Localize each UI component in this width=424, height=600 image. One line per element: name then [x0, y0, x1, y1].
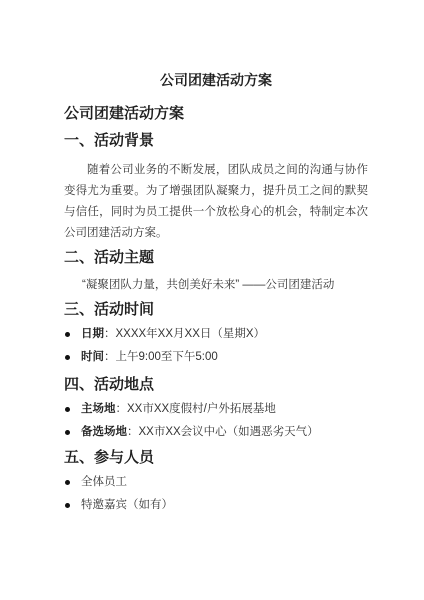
section-background-heading: 一、活动背景: [64, 132, 368, 150]
section-theme: 二、活动主题 “凝聚团队力量，共创美好未来” ——公司团建活动: [64, 249, 368, 293]
item-text: ：XX市XX度假村/户外拓展基地: [116, 403, 276, 415]
item-text: 全体员工: [81, 474, 127, 490]
section-time: 三、活动时间 日期：XXXX年XX月XX日（星期X） 时间：上午9:00至下午5…: [64, 301, 368, 365]
document-page: 公司团建活动方案 公司团建活动方案 一、活动背景 随着公司业务的不断发展，团队成…: [0, 0, 424, 600]
list-item-date: 日期：XXXX年XX月XX日（星期X）: [64, 326, 368, 342]
participants-bullet-list: 全体员工 特邀嘉宾（如有）: [64, 474, 368, 513]
list-item-text: 主场地：XX市XX度假村/户外拓展基地: [81, 401, 276, 417]
section-background-paragraph: 随着公司业务的不断发展，团队成员之间的沟通与协作变得尤为重要。为了增强团队凝聚力…: [64, 160, 368, 244]
section-time-heading: 三、活动时间: [64, 301, 368, 319]
page-title: 公司团建活动方案: [64, 73, 368, 88]
section-location-heading: 四、活动地点: [64, 376, 368, 394]
section-participants-heading: 五、参与人员: [64, 449, 368, 467]
item-label: 日期: [81, 328, 104, 340]
item-text: ：上午9:00至下午5:00: [104, 351, 218, 363]
list-item-time: 时间：上午9:00至下午5:00: [64, 349, 368, 365]
item-text: 特邀嘉宾（如有）: [81, 497, 173, 513]
bullet-icon: [65, 407, 70, 412]
bullet-icon: [65, 332, 70, 337]
list-item-text: 日期：XXXX年XX月XX日（星期X）: [81, 326, 265, 342]
item-text: ：XXXX年XX月XX日（星期X）: [104, 328, 265, 340]
list-item-main-venue: 主场地：XX市XX度假村/户外拓展基地: [64, 401, 368, 417]
bullet-icon: [65, 480, 70, 485]
bullet-icon: [65, 503, 70, 508]
list-item-guests: 特邀嘉宾（如有）: [64, 497, 368, 513]
item-text: ：XX市XX会议中心（如遇恶劣天气）: [127, 426, 319, 438]
bullet-icon: [65, 430, 70, 435]
section-location: 四、活动地点 主场地：XX市XX度假村/户外拓展基地 备选场地：XX市XX会议中…: [64, 376, 368, 440]
document-content: 公司团建活动方案 公司团建活动方案 一、活动背景 随着公司业务的不断发展，团队成…: [0, 0, 424, 513]
item-label: 主场地: [81, 403, 116, 415]
time-bullet-list: 日期：XXXX年XX月XX日（星期X） 时间：上午9:00至下午5:00: [64, 326, 368, 365]
item-label: 备选场地: [81, 426, 127, 438]
section-background: 一、活动背景 随着公司业务的不断发展，团队成员之间的沟通与协作变得尤为重要。为了…: [64, 132, 368, 244]
location-bullet-list: 主场地：XX市XX度假村/户外拓展基地 备选场地：XX市XX会议中心（如遇恶劣天…: [64, 401, 368, 440]
section-theme-heading: 二、活动主题: [64, 249, 368, 267]
bullet-icon: [65, 355, 70, 360]
main-heading: 公司团建活动方案: [64, 105, 368, 123]
list-item-text: 备选场地：XX市XX会议中心（如遇恶劣天气）: [81, 424, 319, 440]
list-item-all-staff: 全体员工: [64, 474, 368, 490]
list-item-text: 时间：上午9:00至下午5:00: [81, 349, 218, 365]
list-item-backup-venue: 备选场地：XX市XX会议中心（如遇恶劣天气）: [64, 424, 368, 440]
theme-quote: “凝聚团队力量，共创美好未来” ——公司团建活动: [64, 277, 368, 293]
section-participants: 五、参与人员 全体员工 特邀嘉宾（如有）: [64, 449, 368, 513]
item-label: 时间: [81, 351, 104, 363]
